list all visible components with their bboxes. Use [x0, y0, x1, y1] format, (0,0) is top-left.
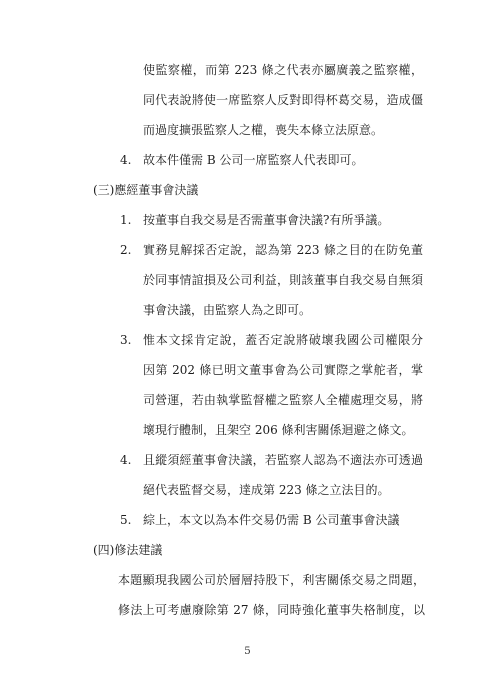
section-heading: (四)修法建議 — [93, 535, 423, 565]
list-number: 4. — [120, 445, 143, 475]
list-item: 4. 且縱須經董事會決議，若監察人認為不適法亦可透過拒 — [93, 445, 423, 475]
text-line: 同代表說將使一席監察人反對即得杯葛交易，造成僵局， — [93, 85, 423, 115]
text-line: 司營運，若由執掌監督權之監察人全權處理交易，將破 — [93, 385, 423, 415]
text-line: 絕代表監督交易，達成第 223 條之立法目的。 — [93, 475, 423, 505]
paragraph-line: 修法上可考慮廢除第 27 條，同時強化董事失格制度，以健 — [93, 595, 425, 625]
line-text: 於同事情誼損及公司利益，則該董事自我交易自無須董 — [143, 265, 423, 295]
page-number: 5 — [0, 644, 495, 658]
line-text: 因第 202 條已明文董事會為公司實際之掌舵者，掌管公 — [143, 355, 423, 385]
text-line: 使監察權，而第 223 條之代表亦屬廣義之監察權，且共 — [93, 55, 423, 85]
paragraph-line: 本題顯現我國公司於層層持股下，利害關係交易之問題，故 — [93, 565, 425, 595]
line-text: 壞現行體制，且架空 206 條利害關係迴避之條文。 — [143, 415, 423, 445]
list-item: 1. 按董事自我交易是否需董事會決議?有所爭議。 — [93, 205, 423, 235]
section-heading-text: (三)應經董事會決議 — [93, 175, 423, 205]
list-number: 3. — [120, 325, 143, 355]
list-item: 3. 惟本文採肯定說，蓋否定說將破壞我國公司權限分配， — [93, 325, 423, 355]
text-line: 事會決議，由監察人為之即可。 — [93, 295, 423, 325]
line-text: 本題顯現我國公司於層層持股下，利害關係交易之問題，故 — [118, 565, 425, 595]
line-text: 絕代表監督交易，達成第 223 條之立法目的。 — [143, 475, 423, 505]
document-page: 使監察權，而第 223 條之代表亦屬廣義之監察權，且共 同代表說將使一席監察人反… — [0, 0, 495, 700]
list-item: 2. 實務見解採否定說，認為第 223 條之目的在防免董事基 — [93, 235, 423, 265]
line-text: 司營運，若由執掌監督權之監察人全權處理交易，將破 — [143, 385, 423, 415]
line-text: 惟本文採肯定說，蓋否定說將破壞我國公司權限分配， — [143, 325, 423, 355]
line-text: 實務見解採否定說，認為第 223 條之目的在防免董事基 — [143, 235, 423, 265]
text-line: 因第 202 條已明文董事會為公司實際之掌舵者，掌管公 — [93, 355, 423, 385]
list-item: 5. 綜上，本文以為本件交易仍需 B 公司董事會決議 — [93, 505, 423, 535]
line-text: 事會決議，由監察人為之即可。 — [143, 295, 423, 325]
text-line: 壞現行體制，且架空 206 條利害關係迴避之條文。 — [93, 415, 423, 445]
line-text: 綜上，本文以為本件交易仍需 B 公司董事會決議 — [143, 505, 423, 535]
line-text: 修法上可考慮廢除第 27 條，同時強化董事失格制度，以健 — [118, 595, 425, 625]
line-text: 而過度擴張監察人之權，喪失本條立法原意。 — [143, 115, 423, 145]
list-number: 1. — [120, 205, 143, 235]
list-number: 2. — [120, 235, 143, 265]
list-item: 4. 故本件僅需 B 公司一席監察人代表即可。 — [93, 145, 423, 175]
line-text: 按董事自我交易是否需董事會決議?有所爭議。 — [143, 205, 423, 235]
line-text: 使監察權，而第 223 條之代表亦屬廣義之監察權，且共 — [143, 55, 423, 85]
line-text: 同代表說將使一席監察人反對即得杯葛交易，造成僵局， — [143, 85, 423, 115]
list-number: 4. — [120, 145, 143, 175]
line-text: 且縱須經董事會決議，若監察人認為不適法亦可透過拒 — [143, 445, 423, 475]
text-line: 於同事情誼損及公司利益，則該董事自我交易自無須董 — [93, 265, 423, 295]
document-body: 使監察權，而第 223 條之代表亦屬廣義之監察權，且共 同代表說將使一席監察人反… — [93, 55, 423, 625]
list-number: 5. — [120, 505, 143, 535]
section-heading: (三)應經董事會決議 — [93, 175, 423, 205]
line-text: 故本件僅需 B 公司一席監察人代表即可。 — [143, 145, 423, 175]
section-heading-text: (四)修法建議 — [93, 535, 423, 565]
text-line: 而過度擴張監察人之權，喪失本條立法原意。 — [93, 115, 423, 145]
